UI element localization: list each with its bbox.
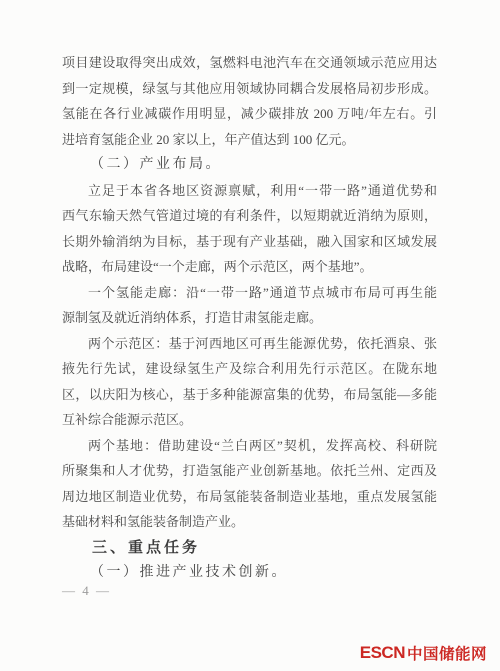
text-line-body: 所聚集和人才优势，打造氢能产业创新基地。依托兰州、定西及 xyxy=(62,458,437,484)
text-line-body: 周边地区制造业优势，布局氢能装备制造业基地，重点发展氢能 xyxy=(62,484,437,510)
document-page: 项目建设取得突出成效，氢燃料电池汽车在交通领域示范应用达到一定规模，绿氢与其他应… xyxy=(0,0,500,671)
text-line-subheading: （一）推进产业技术创新。 xyxy=(62,560,437,586)
text-line-body: 长期外输消纳为目标，基于现有产业基础，融入国家和区域发展 xyxy=(62,229,437,255)
text-line-body: 一个氢能走廊：沿“一带一路”通道节点城市布局可再生能 xyxy=(62,280,437,306)
text-line-body: 项目建设取得突出成效，氢燃料电池汽车在交通领域示范应用达 xyxy=(62,50,437,76)
text-line-heading: 三、重点任务 xyxy=(62,535,437,561)
text-line-body: 立足于本省各地区资源禀赋，利用“一带一路”通道优势和 xyxy=(62,178,437,204)
text-line-body: 氢能在各行业减碳作用明显，减少碳排放 200 万吨/年左右。引 xyxy=(62,101,437,127)
text-line-body: 西气东输天然气管道过境的有利条件，以短期就近消纳为原则， xyxy=(62,203,437,229)
text-line-body: 两个基地：借助建设“兰白两区”契机，发挥高校、科研院 xyxy=(62,433,437,459)
page-number: — 4 — xyxy=(62,583,111,599)
text-line-body: 源制氢及就近消纳体系，打造甘肃氢能走廊。 xyxy=(62,305,437,331)
document-body: 项目建设取得突出成效，氢燃料电池汽车在交通领域示范应用达到一定规模，绿氢与其他应… xyxy=(62,50,437,586)
text-line-body: 到一定规模，绿氢与其他应用领域协同耦合发展格局初步形成。 xyxy=(62,76,437,102)
escn-logo: ESCN 中国储能网 xyxy=(360,644,487,662)
text-line-body: 区，以庆阳为核心，基于多种能源富集的优势，布局氢能—多能 xyxy=(62,382,437,408)
text-line-subheading: （二）产业布局。 xyxy=(62,152,437,178)
text-line-body: 两个示范区：基于河西地区可再生能源优势，依托酒泉、张 xyxy=(62,331,437,357)
logo-text-cn: 中国储能网 xyxy=(407,642,487,664)
text-line-body: 进培育氢能企业 20 家以上，年产值达到 100 亿元。 xyxy=(62,127,437,153)
text-line-body: 战略，布局建设“一个走廊，两个示范区，两个基地”。 xyxy=(62,254,437,280)
logo-text-escn: ESCN xyxy=(360,643,405,663)
text-line-body: 掖先行先试，建设绿氢生产及综合利用先行示范区。在陇东地 xyxy=(62,356,437,382)
text-line-body: 基础材料和氢能装备制造产业。 xyxy=(62,509,437,535)
text-line-body: 互补综合能源示范区。 xyxy=(62,407,437,433)
